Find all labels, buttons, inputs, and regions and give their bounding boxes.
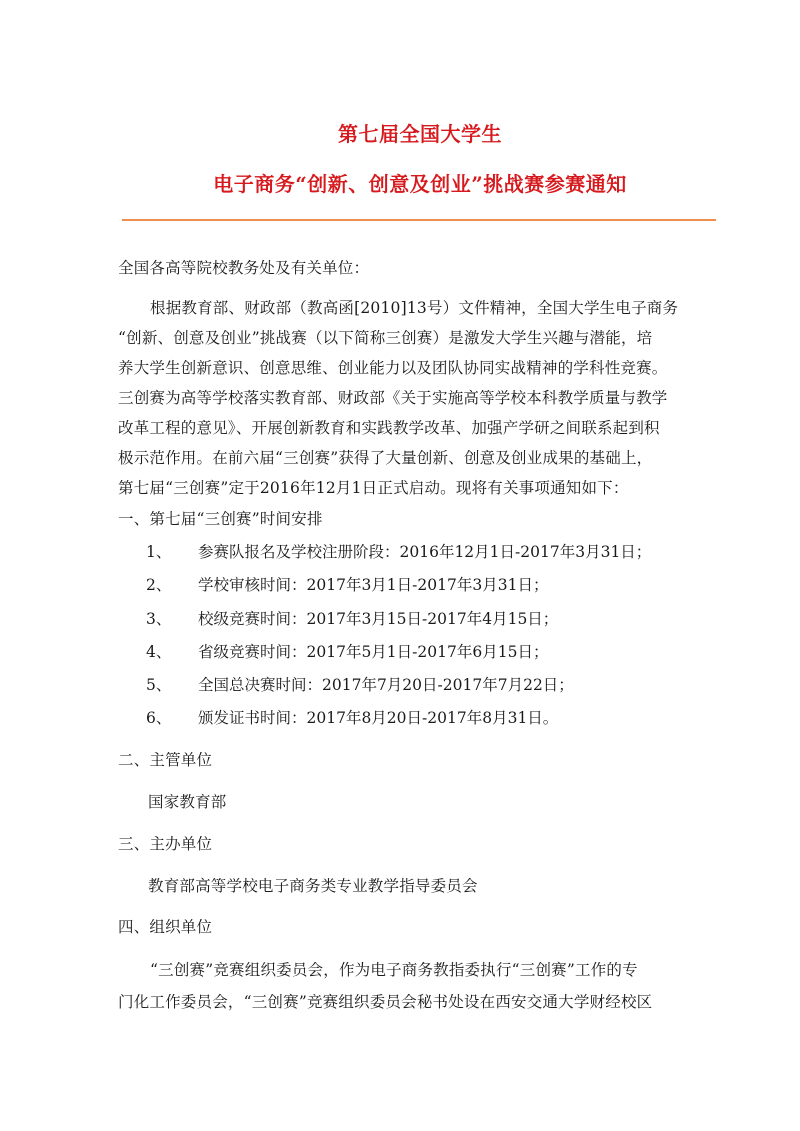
document-title-line-1: 第七届全国大学生 [0,118,800,147]
schedule-item: 3、校级竞赛时间：2017年3月15日-2017年4月15日； [146,607,558,629]
schedule-item-number: 6、 [146,706,198,728]
document-title-line-2: 电子商务“创新、创意及创业”挑战赛参赛通知 [0,168,800,197]
schedule-item: 6、颁发证书时间：2017年8月20日-2017年8月31日。 [146,706,558,728]
intro-line: 养大学生创新意识、创意思维、创业能力以及团队协同实战精神的学科性竞赛。 [118,356,668,378]
section-2-body: 国家教育部 [148,790,227,812]
schedule-item-text: 颁发证书时间：2017年8月20日-2017年8月31日。 [198,709,558,727]
schedule-item: 5、全国总决赛时间：2017年7月20日-2017年7月22日； [146,673,574,695]
section-4-heading: 四、组织单位 [118,915,212,937]
salutation: 全国各高等院校教务处及有关单位： [118,256,369,278]
schedule-item-text: 全国总决赛时间：2017年7月20日-2017年7月22日； [198,676,574,694]
schedule-item-text: 省级竞赛时间：2017年5月1日-2017年6月15日； [198,643,548,661]
schedule-item-number: 4、 [146,640,198,662]
intro-line: 根据教育部、财政部（教高函[2010]13号）文件精神，全国大学生电子商务 [150,296,678,318]
schedule-item-number: 2、 [146,573,198,595]
schedule-item-number: 3、 [146,607,198,629]
intro-line: 第七届“三创赛”定于2016年12月1日正式启动。现将有关事项通知如下： [118,476,629,498]
section-4-line: “三创赛”竞赛组织委员会，作为电子商务教指委执行“三创赛”工作的专 [150,958,638,980]
schedule-item: 1、参赛队报名及学校注册阶段：2016年12月1日-2017年3月31日； [146,540,651,562]
schedule-item-number: 1、 [146,540,198,562]
section-1-heading: 一、第七届“三创赛”时间安排 [118,507,323,529]
intro-line: 三创赛为高等学校落实教育部、财政部《关于实施高等学校本科教学质量与教学 [118,386,668,408]
schedule-item-text: 参赛队报名及学校注册阶段：2016年12月1日-2017年3月31日； [198,543,651,561]
section-2-heading: 二、主管单位 [118,748,212,770]
schedule-item-number: 5、 [146,673,198,695]
schedule-item: 2、学校审核时间：2017年3月1日-2017年3月31日； [146,573,548,595]
intro-line: 极示范作用。在前六届“三创赛”获得了大量创新、创意及创业成果的基础上， [118,446,652,468]
schedule-item-text: 校级竞赛时间：2017年3月15日-2017年4月15日； [198,610,558,628]
section-3-body: 教育部高等学校电子商务类专业教学指导委员会 [148,874,478,896]
schedule-item: 4、省级竞赛时间：2017年5月1日-2017年6月15日； [146,640,548,662]
intro-line: 改革工程的意见》、开展创新教育和实践教学改革、加强产学研之间联系起到积 [118,416,660,438]
title-divider [122,219,716,221]
section-4-line: 门化工作委员会，“三创赛”竞赛组织委员会秘书处设在西安交通大学财经校区 [118,990,652,1012]
section-3-heading: 三、主办单位 [118,832,212,854]
intro-line: “创新、创意及创业”挑战赛（以下简称三创赛）是激发大学生兴趣与潜能，培 [118,326,652,348]
schedule-item-text: 学校审核时间：2017年3月1日-2017年3月31日； [198,576,548,594]
